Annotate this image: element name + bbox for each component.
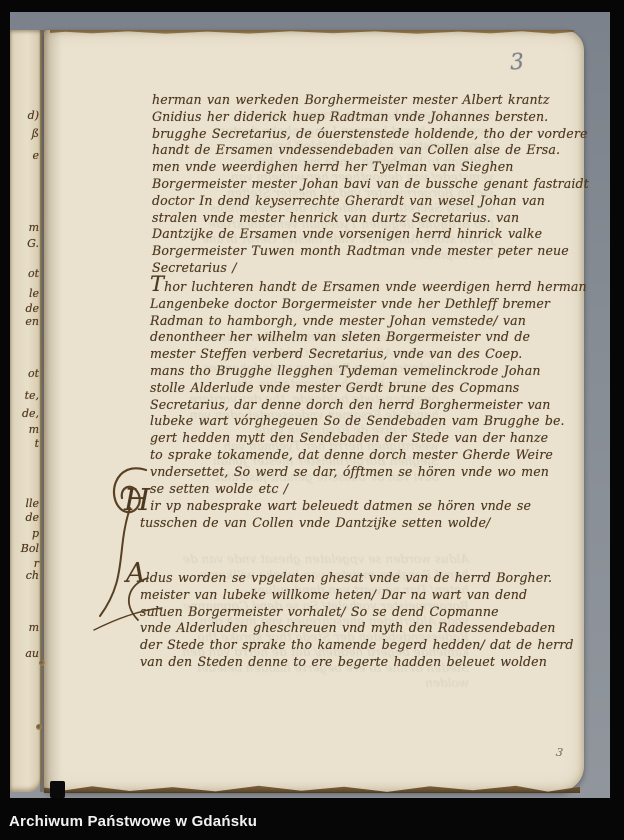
corner-ink-mark: 3 bbox=[555, 746, 564, 760]
margin-letter-fragment: te, bbox=[25, 390, 39, 401]
manuscript-line: vndersettet, So werd se dar, ófftmen se … bbox=[150, 464, 587, 481]
manuscript-line: mans tho Brugghe llegghen Tydeman vemeli… bbox=[150, 363, 587, 380]
margin-letter-fragment: m bbox=[29, 622, 39, 633]
manuscript-line: to sprake tokamende, dat denne dorch mes… bbox=[150, 447, 587, 464]
manuscript-line: mester Steffen verberd Secretarius, vnde… bbox=[150, 346, 587, 363]
margin-letter-fragment: p bbox=[32, 528, 39, 539]
manuscript-line: Secretarius, dar denne dorch den herrd B… bbox=[150, 397, 587, 414]
manuscript-line: Hir vp nabesprake wart beleuedt datmen s… bbox=[124, 498, 531, 515]
margin-letter-fragment: le bbox=[29, 288, 39, 299]
manuscript-line: Dantzijke de Ersamen vnde vorsenigen her… bbox=[152, 226, 589, 243]
manuscript-line: Thor luchteren handt de Ersamen vnde wee… bbox=[150, 276, 587, 296]
margin-letter-fragment: t bbox=[35, 438, 39, 449]
manuscript-line: men vnde weerdighen herrd her Tyelman va… bbox=[152, 159, 589, 176]
manuscript-line: Borgermeister Tuwen month Radtman vnde m… bbox=[152, 243, 589, 260]
margin-letter-fragment: r bbox=[34, 558, 39, 569]
manuscript-line: denontheer her wilhelm van sleten Borger… bbox=[150, 329, 587, 346]
margin-letter-fragment: de bbox=[25, 512, 39, 523]
manuscript-line: der Stede thor sprake tho kamende begerd… bbox=[140, 637, 574, 654]
margin-letter-fragment: en bbox=[25, 316, 39, 327]
manuscript-line: stralen vnde mester henrick van durtz Se… bbox=[152, 210, 589, 227]
facing-page-edge: d)ßemG.otledeenotte,de,mtlledepBolrchmau bbox=[10, 30, 42, 792]
torn-bottom-edge bbox=[44, 784, 580, 793]
margin-letter-fragment: ot bbox=[28, 368, 39, 379]
margin-letter-fragment: e bbox=[32, 150, 39, 161]
manuscript-line: herman van werkeden Borghermeister meste… bbox=[152, 92, 589, 109]
manuscript-paragraph: Thor luchteren handt de Ersamen vnde wee… bbox=[150, 276, 587, 497]
margin-letter-fragment: m bbox=[29, 424, 39, 435]
manuscript-line: brugghe Secretarius, de óuerstenstede ho… bbox=[152, 126, 589, 143]
archive-scan-viewer: { "archive": { "caption": "Archiwum Pańs… bbox=[0, 0, 624, 840]
manuscript-line: gert hedden mytt den Sendebaden der Sted… bbox=[150, 430, 587, 447]
margin-letter-fragment: ot bbox=[28, 268, 39, 279]
margin-letter-fragment: lle bbox=[25, 498, 39, 509]
margin-letter-fragment: ch bbox=[26, 570, 39, 581]
manuscript-page: 3 Thor luchteren handt de Ersamen vnde w… bbox=[44, 30, 584, 792]
worm-hole bbox=[36, 724, 42, 730]
manuscript-line: Radman to hamborgh, vnde mester Johan ve… bbox=[150, 313, 587, 330]
scan-photo: d)ßemG.otledeenotte,de,mtlledepBolrchmau… bbox=[10, 12, 610, 798]
manuscript-line: Langenbeke doctor Borgermeister vnde her… bbox=[150, 296, 587, 313]
margin-letter-fragment: de bbox=[25, 303, 39, 314]
manuscript-line: Gnidius her diderick huep Radtman vnde J… bbox=[152, 109, 589, 126]
manuscript-paragraph: Hir vp nabesprake wart beleuedt datmen s… bbox=[140, 498, 531, 532]
margin-letter-fragment: G. bbox=[27, 238, 39, 249]
manuscript-line: vnde Alderluden gheschreuen vnd myth den… bbox=[140, 620, 574, 637]
manuscript-line: doctor In dend keyserrechte Gherardt van… bbox=[152, 193, 589, 210]
manuscript-paragraph: herman van werkeden Borghermeister meste… bbox=[152, 92, 589, 277]
margin-letter-fragment: au bbox=[25, 648, 39, 659]
manuscript-line: Borgermeister mester Johan bavi van de b… bbox=[152, 176, 589, 193]
margin-letter-fragment: ß bbox=[32, 128, 39, 139]
margin-letter-fragment: d) bbox=[28, 110, 39, 121]
manuscript-line: se setten wolde etc / bbox=[150, 481, 587, 498]
archive-caption: Archiwum Państwowe w Gdańsku bbox=[9, 813, 257, 830]
manuscript-line: stolle Alderlude vnde mester Gerdt brune… bbox=[150, 380, 587, 397]
manuscript-line: lubeke wart vórghegeuen So de Sendebaden… bbox=[150, 413, 587, 430]
manuscript-line: van den Steden denne to ere begerte hadd… bbox=[140, 654, 574, 671]
manuscript-line: Aldus worden se vpgelaten ghesat vnde va… bbox=[126, 570, 574, 587]
margin-letter-fragment: m bbox=[29, 222, 39, 233]
margin-letter-fragment: Bol bbox=[21, 543, 39, 554]
manuscript-line: Secretarius / bbox=[152, 260, 589, 277]
folio-number: 3 bbox=[509, 50, 525, 76]
manuscript-line: suluen Borgermeister vorhalet/ So se den… bbox=[140, 604, 574, 621]
manuscript-line: meister van lubeke willkome heten/ Dar n… bbox=[140, 587, 574, 604]
torn-top-edge bbox=[50, 30, 574, 34]
manuscript-paragraph: Aldus worden se vpgelaten ghesat vnde va… bbox=[140, 570, 574, 671]
worm-hole bbox=[39, 660, 45, 666]
margin-letter-fragment: de, bbox=[22, 408, 39, 419]
manuscript-line: handt de Ersamen vndessendebaden van Col… bbox=[152, 142, 589, 159]
manuscript-line: tusschen de van Collen vnde Dantzijke se… bbox=[140, 515, 531, 532]
binding-clamp bbox=[50, 781, 65, 798]
